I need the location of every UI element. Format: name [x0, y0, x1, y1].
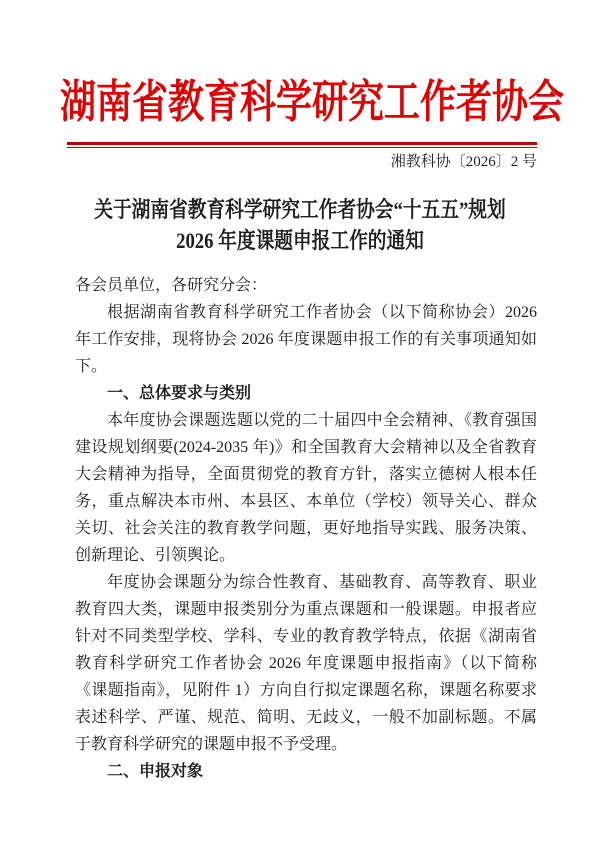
section-heading-1: 一、总体要求与类别 [75, 380, 537, 407]
document-page: 湖南省教育科学研究工作者协会 湘教科协〔2026〕2 号 关于湖南省教育科学研究… [0, 0, 600, 848]
letterhead-rule-thin [67, 147, 537, 148]
paragraph-intro: 根据湖南省教育科学研究工作者协会（以下简称协会）2026 年工作安排，现将协会 … [75, 299, 537, 380]
letterhead-org-name: 湖南省教育科学研究工作者协会 [60, 79, 540, 125]
salutation: 各会员单位，各研究分会： [75, 272, 537, 299]
paragraph-topic-categories: 年度协会课题分为综合性教育、基础教育、高等教育、职业教育四大类，课题申报类别分为… [75, 569, 537, 758]
document-body: 各会员单位，各研究分会： 根据湖南省教育科学研究工作者协会（以下简称协会）202… [75, 272, 537, 785]
paragraph-guiding-principles: 本年度协会课题选题以党的二十届四中全会精神、《教育强国建设规划纲要(2024-2… [75, 407, 537, 569]
document-title-line2: 2026 年度课题申报工作的通知 [45, 225, 555, 256]
document-title-line1: 关于湖南省教育科学研究工作者协会“十五五”规划 [45, 194, 555, 225]
section-heading-2: 二、申报对象 [75, 758, 537, 785]
document-title: 关于湖南省教育科学研究工作者协会“十五五”规划 2026 年度课题申报工作的通知 [45, 194, 555, 256]
document-number: 湘教科协〔2026〕2 号 [0, 151, 537, 173]
letterhead-rule-thick [67, 142, 537, 145]
